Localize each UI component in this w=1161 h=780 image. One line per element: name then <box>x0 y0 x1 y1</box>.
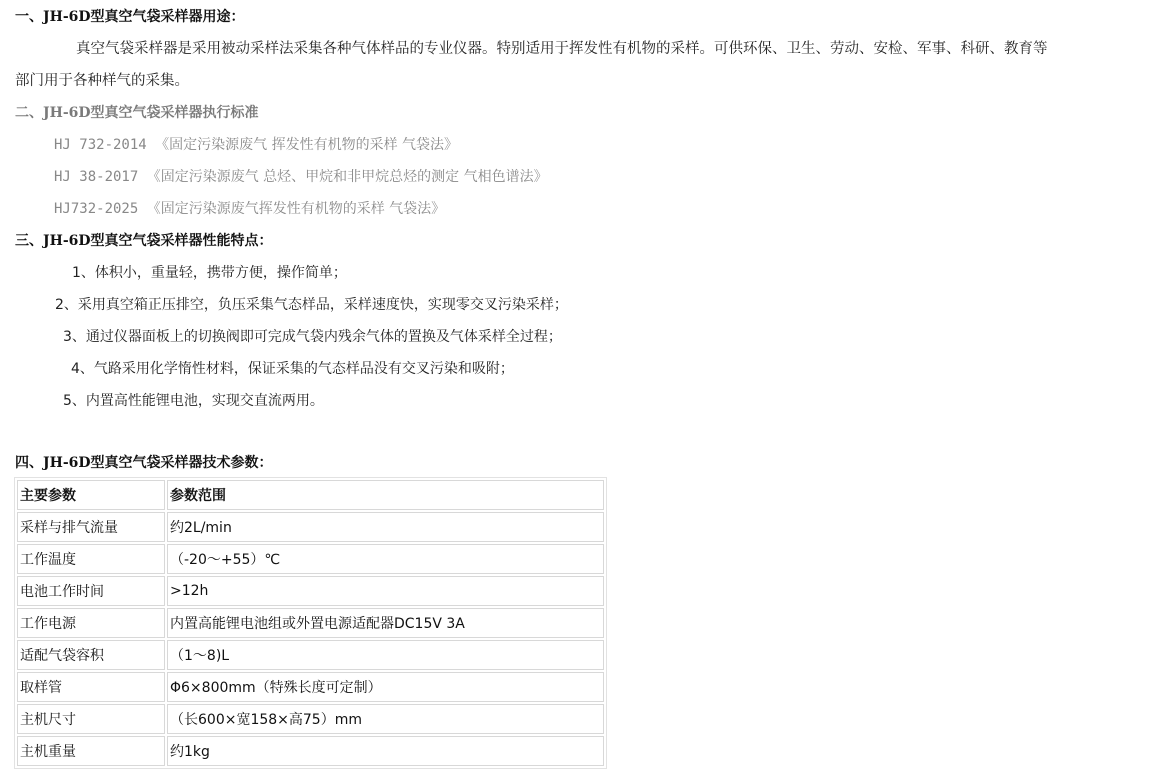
spec-table: 主要参数 参数范围 采样与排气流量 约2L/min 工作温度 （-20～+55）… <box>14 477 607 769</box>
table-row: 采样与排气流量 约2L/min <box>17 512 604 542</box>
feature-item: 5、内置高性能锂电池，实现交直流两用。 <box>63 391 324 411</box>
standard-code: HJ 732-2014 <box>54 137 147 153</box>
param-value: 内置高能锂电池组或外置电源适配器DC15V 3A <box>167 608 604 638</box>
usage-paragraph-line1: 真空气袋采样器是采用被动采样法采集各种气体样品的专业仪器。特别适用于挥发性有机物… <box>76 39 1048 59</box>
standard-title: 《固定污染源废气挥发性有机物的采样 气袋法》 <box>147 201 445 217</box>
section-heading-specs: 四、JH-6D型真空气袋采样器技术参数： <box>15 453 273 473</box>
param-name: 工作温度 <box>17 544 165 574</box>
table-row: 电池工作时间 >12h <box>17 576 604 606</box>
header-param: 主要参数 <box>17 480 165 510</box>
section-heading-features: 三、JH-6D型真空气袋采样器性能特点： <box>15 231 273 251</box>
standard-code: HJ 38-2017 <box>54 169 138 185</box>
table-header-row: 主要参数 参数范围 <box>17 480 604 510</box>
param-name: 电池工作时间 <box>17 576 165 606</box>
table-row: 主机尺寸 （长600×宽158×高75）mm <box>17 704 604 734</box>
feature-item: 1、体积小，重量轻，携带方便，操作简单； <box>72 263 347 283</box>
param-name: 适配气袋容积 <box>17 640 165 670</box>
standard-item: HJ 732-2014 《固定污染源废气 挥发性有机物的采样 气袋法》 <box>54 135 458 155</box>
table-row: 主机重量 约1kg <box>17 736 604 766</box>
feature-item: 4、气路采用化学惰性材料，保证采集的气态样品没有交叉污染和吸附； <box>71 359 514 379</box>
standard-title: 《固定污染源废气 总烃、甲烷和非甲烷总烃的测定 气相色谱法》 <box>147 169 548 185</box>
usage-paragraph-line2: 部门用于各种样气的采集。 <box>15 71 189 91</box>
standard-code: HJ732-2025 <box>54 201 138 217</box>
param-value: >12h <box>167 576 604 606</box>
table-row: 适配气袋容积 （1～8)L <box>17 640 604 670</box>
param-name: 采样与排气流量 <box>17 512 165 542</box>
param-value: Φ6×800mm（特殊长度可定制） <box>167 672 604 702</box>
param-value: 约1kg <box>167 736 604 766</box>
standard-item: HJ732-2025 《固定污染源废气挥发性有机物的采样 气袋法》 <box>54 199 445 219</box>
param-value: （-20～+55）℃ <box>167 544 604 574</box>
param-value: （1～8)L <box>167 640 604 670</box>
table-row: 取样管 Φ6×800mm（特殊长度可定制） <box>17 672 604 702</box>
section-heading-usage: 一、JH-6D型真空气袋采样器用途： <box>15 7 245 27</box>
param-value: 约2L/min <box>167 512 604 542</box>
param-name: 取样管 <box>17 672 165 702</box>
section-heading-standards: 二、JH-6D型真空气袋采样器执行标准 <box>15 103 259 123</box>
feature-item: 3、通过仪器面板上的切换阀即可完成气袋内残余气体的置换及气体采样全过程； <box>63 327 562 347</box>
header-range: 参数范围 <box>167 480 604 510</box>
standard-item: HJ 38-2017 《固定污染源废气 总烃、甲烷和非甲烷总烃的测定 气相色谱法… <box>54 167 548 187</box>
param-name: 主机尺寸 <box>17 704 165 734</box>
param-name: 主机重量 <box>17 736 165 766</box>
table-row: 工作电源 内置高能锂电池组或外置电源适配器DC15V 3A <box>17 608 604 638</box>
param-name: 工作电源 <box>17 608 165 638</box>
param-value: （长600×宽158×高75）mm <box>167 704 604 734</box>
table-row: 工作温度 （-20～+55）℃ <box>17 544 604 574</box>
feature-item: 2、采用真空箱正压排空，负压采集气态样品，采样速度快，实现零交叉污染采样； <box>55 295 568 315</box>
standard-title: 《固定污染源废气 挥发性有机物的采样 气袋法》 <box>155 137 458 153</box>
